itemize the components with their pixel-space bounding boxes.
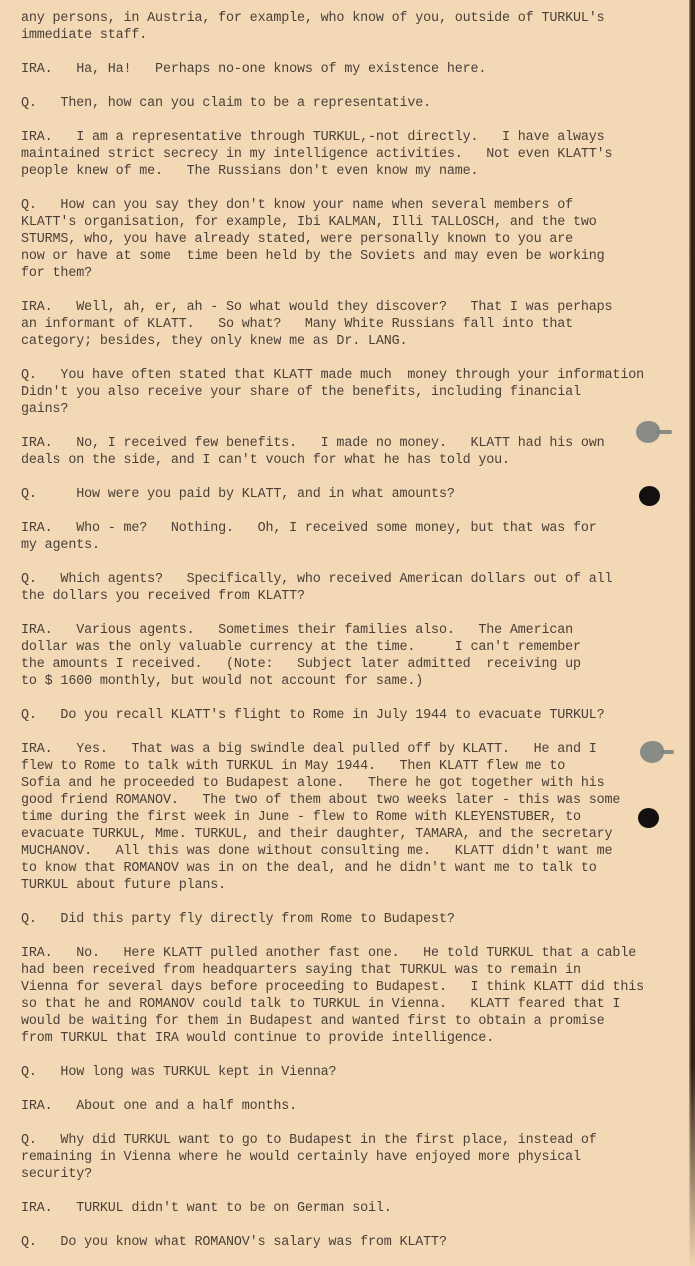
question-paragraph: Q. Do you recall KLATT's flight to Rome … <box>21 707 691 724</box>
answer-paragraph: IRA. No, I received few benefits. I made… <box>21 435 691 469</box>
answer-paragraph: IRA. I am a representative through TURKU… <box>21 129 691 180</box>
transcript-line: evacuate TURKUL, Mme. TURKUL, and their … <box>21 826 691 843</box>
transcript-line: immediate staff. <box>21 27 691 44</box>
transcript-line: remaining in Vienna where he would certa… <box>21 1149 691 1166</box>
ink-blot-tail <box>660 750 674 754</box>
transcript-line: Q. How long was TURKUL kept in Vienna? <box>21 1064 691 1081</box>
answer-paragraph: IRA. Who - me? Nothing. Oh, I received s… <box>21 520 691 554</box>
transcript-line: maintained strict secrecy in my intellig… <box>21 146 691 163</box>
transcript-line: Q. Why did TURKUL want to go to Budapest… <box>21 1132 691 1149</box>
transcript-line: to know that ROMANOV was in on the deal,… <box>21 860 691 877</box>
answer-paragraph: IRA. TURKUL didn't want to be on German … <box>21 1200 691 1217</box>
transcript-line: dollar was the only valuable currency at… <box>21 639 691 656</box>
answer-paragraph: IRA. Yes. That was a big swindle deal pu… <box>21 741 691 894</box>
transcript-line: for them? <box>21 265 691 282</box>
question-paragraph: Q. You have often stated that KLATT made… <box>21 367 691 418</box>
answer-paragraph: IRA. About one and a half months. <box>21 1098 691 1115</box>
transcript-line: Q. Did this party fly directly from Rome… <box>21 911 691 928</box>
transcript-line: security? <box>21 1166 691 1183</box>
transcript-line: had been received from headquarters sayi… <box>21 962 691 979</box>
transcript-line: IRA. Well, ah, er, ah - So what would th… <box>21 299 691 316</box>
transcript-line: gains? <box>21 401 691 418</box>
transcript-line: Vienna for several days before proceedin… <box>21 979 691 996</box>
transcript-line: so that he and ROMANOV could talk to TUR… <box>21 996 691 1013</box>
transcript-line: IRA. No. Here KLATT pulled another fast … <box>21 945 691 962</box>
question-paragraph: Q. How long was TURKUL kept in Vienna? <box>21 1064 691 1081</box>
question-paragraph: Q. Then, how can you claim to be a repre… <box>21 95 691 112</box>
transcript-line: Sofia and he proceeded to Budapest alone… <box>21 775 691 792</box>
transcript-line: deals on the side, and I can't vouch for… <box>21 452 691 469</box>
transcript-line: Q. Which agents? Specifically, who recei… <box>21 571 691 588</box>
question-paragraph: Q. Why did TURKUL want to go to Budapest… <box>21 1132 691 1183</box>
transcript-line: IRA. TURKUL didn't want to be on German … <box>21 1200 691 1217</box>
question-paragraph: Q. How can you say they don't know your … <box>21 197 691 282</box>
transcript-line: Q. Do you know what ROMANOV's salary was… <box>21 1234 691 1251</box>
transcript-line: my agents. <box>21 537 691 554</box>
transcript-line: IRA. Who - me? Nothing. Oh, I received s… <box>21 520 691 537</box>
question-paragraph: Q. Do you know what ROMANOV's salary was… <box>21 1234 691 1251</box>
question-paragraph: Q. Which agents? Specifically, who recei… <box>21 571 691 605</box>
transcript-line: time during the first week in June - fle… <box>21 809 691 826</box>
transcript-line: IRA. No, I received few benefits. I made… <box>21 435 691 452</box>
punch-hole-icon <box>639 486 660 506</box>
transcript-line: Q. Then, how can you claim to be a repre… <box>21 95 691 112</box>
transcript-line: IRA. Yes. That was a big swindle deal pu… <box>21 741 691 758</box>
transcript-line: category; besides, they only knew me as … <box>21 333 691 350</box>
transcript-line: to $ 1600 monthly, but would not account… <box>21 673 691 690</box>
transcript-line: IRA. I am a representative through TURKU… <box>21 129 691 146</box>
answer-paragraph: IRA. Well, ah, er, ah - So what would th… <box>21 299 691 350</box>
answer-paragraph: IRA. No. Here KLATT pulled another fast … <box>21 945 691 1047</box>
transcript-line: any persons, in Austria, for example, wh… <box>21 10 691 27</box>
transcript-line: the dollars you received from KLATT? <box>21 588 691 605</box>
punch-hole-icon <box>638 808 659 828</box>
transcript-line: STURMS, who, you have already stated, we… <box>21 231 691 248</box>
question-paragraph: Q. How were you paid by KLATT, and in wh… <box>21 486 691 503</box>
continued-paragraph: any persons, in Austria, for example, wh… <box>21 10 691 44</box>
answer-paragraph: IRA. Various agents. Sometimes their fam… <box>21 622 691 690</box>
transcript-line: Q. How were you paid by KLATT, and in wh… <box>21 486 691 503</box>
document-page: any persons, in Austria, for example, wh… <box>0 0 689 1266</box>
transcript-line: Didn't you also receive your share of th… <box>21 384 691 401</box>
transcript-line: an informant of KLATT. So what? Many Whi… <box>21 316 691 333</box>
transcript-line: KLATT's organisation, for example, Ibi K… <box>21 214 691 231</box>
question-paragraph: Q. Did this party fly directly from Rome… <box>21 911 691 928</box>
transcript-line: MUCHANOV. All this was done without cons… <box>21 843 691 860</box>
transcript-body: any persons, in Austria, for example, wh… <box>21 10 691 1266</box>
transcript-line: people knew of me. The Russians don't ev… <box>21 163 691 180</box>
page-edge-fade <box>689 1066 695 1266</box>
transcript-line: good friend ROMANOV. The two of them abo… <box>21 792 691 809</box>
transcript-line: TURKUL about future plans. <box>21 877 691 894</box>
transcript-line: IRA. About one and a half months. <box>21 1098 691 1115</box>
answer-paragraph: IRA. Ha, Ha! Perhaps no-one knows of my … <box>21 61 691 78</box>
transcript-line: Q. Do you recall KLATT's flight to Rome … <box>21 707 691 724</box>
ink-blot-tail <box>656 430 672 434</box>
transcript-line: the amounts I received. (Note: Subject l… <box>21 656 691 673</box>
transcript-line: flew to Rome to talk with TURKUL in May … <box>21 758 691 775</box>
transcript-line: Q. You have often stated that KLATT made… <box>21 367 691 384</box>
transcript-line: IRA. Various agents. Sometimes their fam… <box>21 622 691 639</box>
transcript-line: Q. How can you say they don't know your … <box>21 197 691 214</box>
transcript-line: would be waiting for them in Budapest an… <box>21 1013 691 1030</box>
transcript-line: IRA. Ha, Ha! Perhaps no-one knows of my … <box>21 61 691 78</box>
transcript-line: from TURKUL that IRA would continue to p… <box>21 1030 691 1047</box>
transcript-line: now or have at some time been held by th… <box>21 248 691 265</box>
